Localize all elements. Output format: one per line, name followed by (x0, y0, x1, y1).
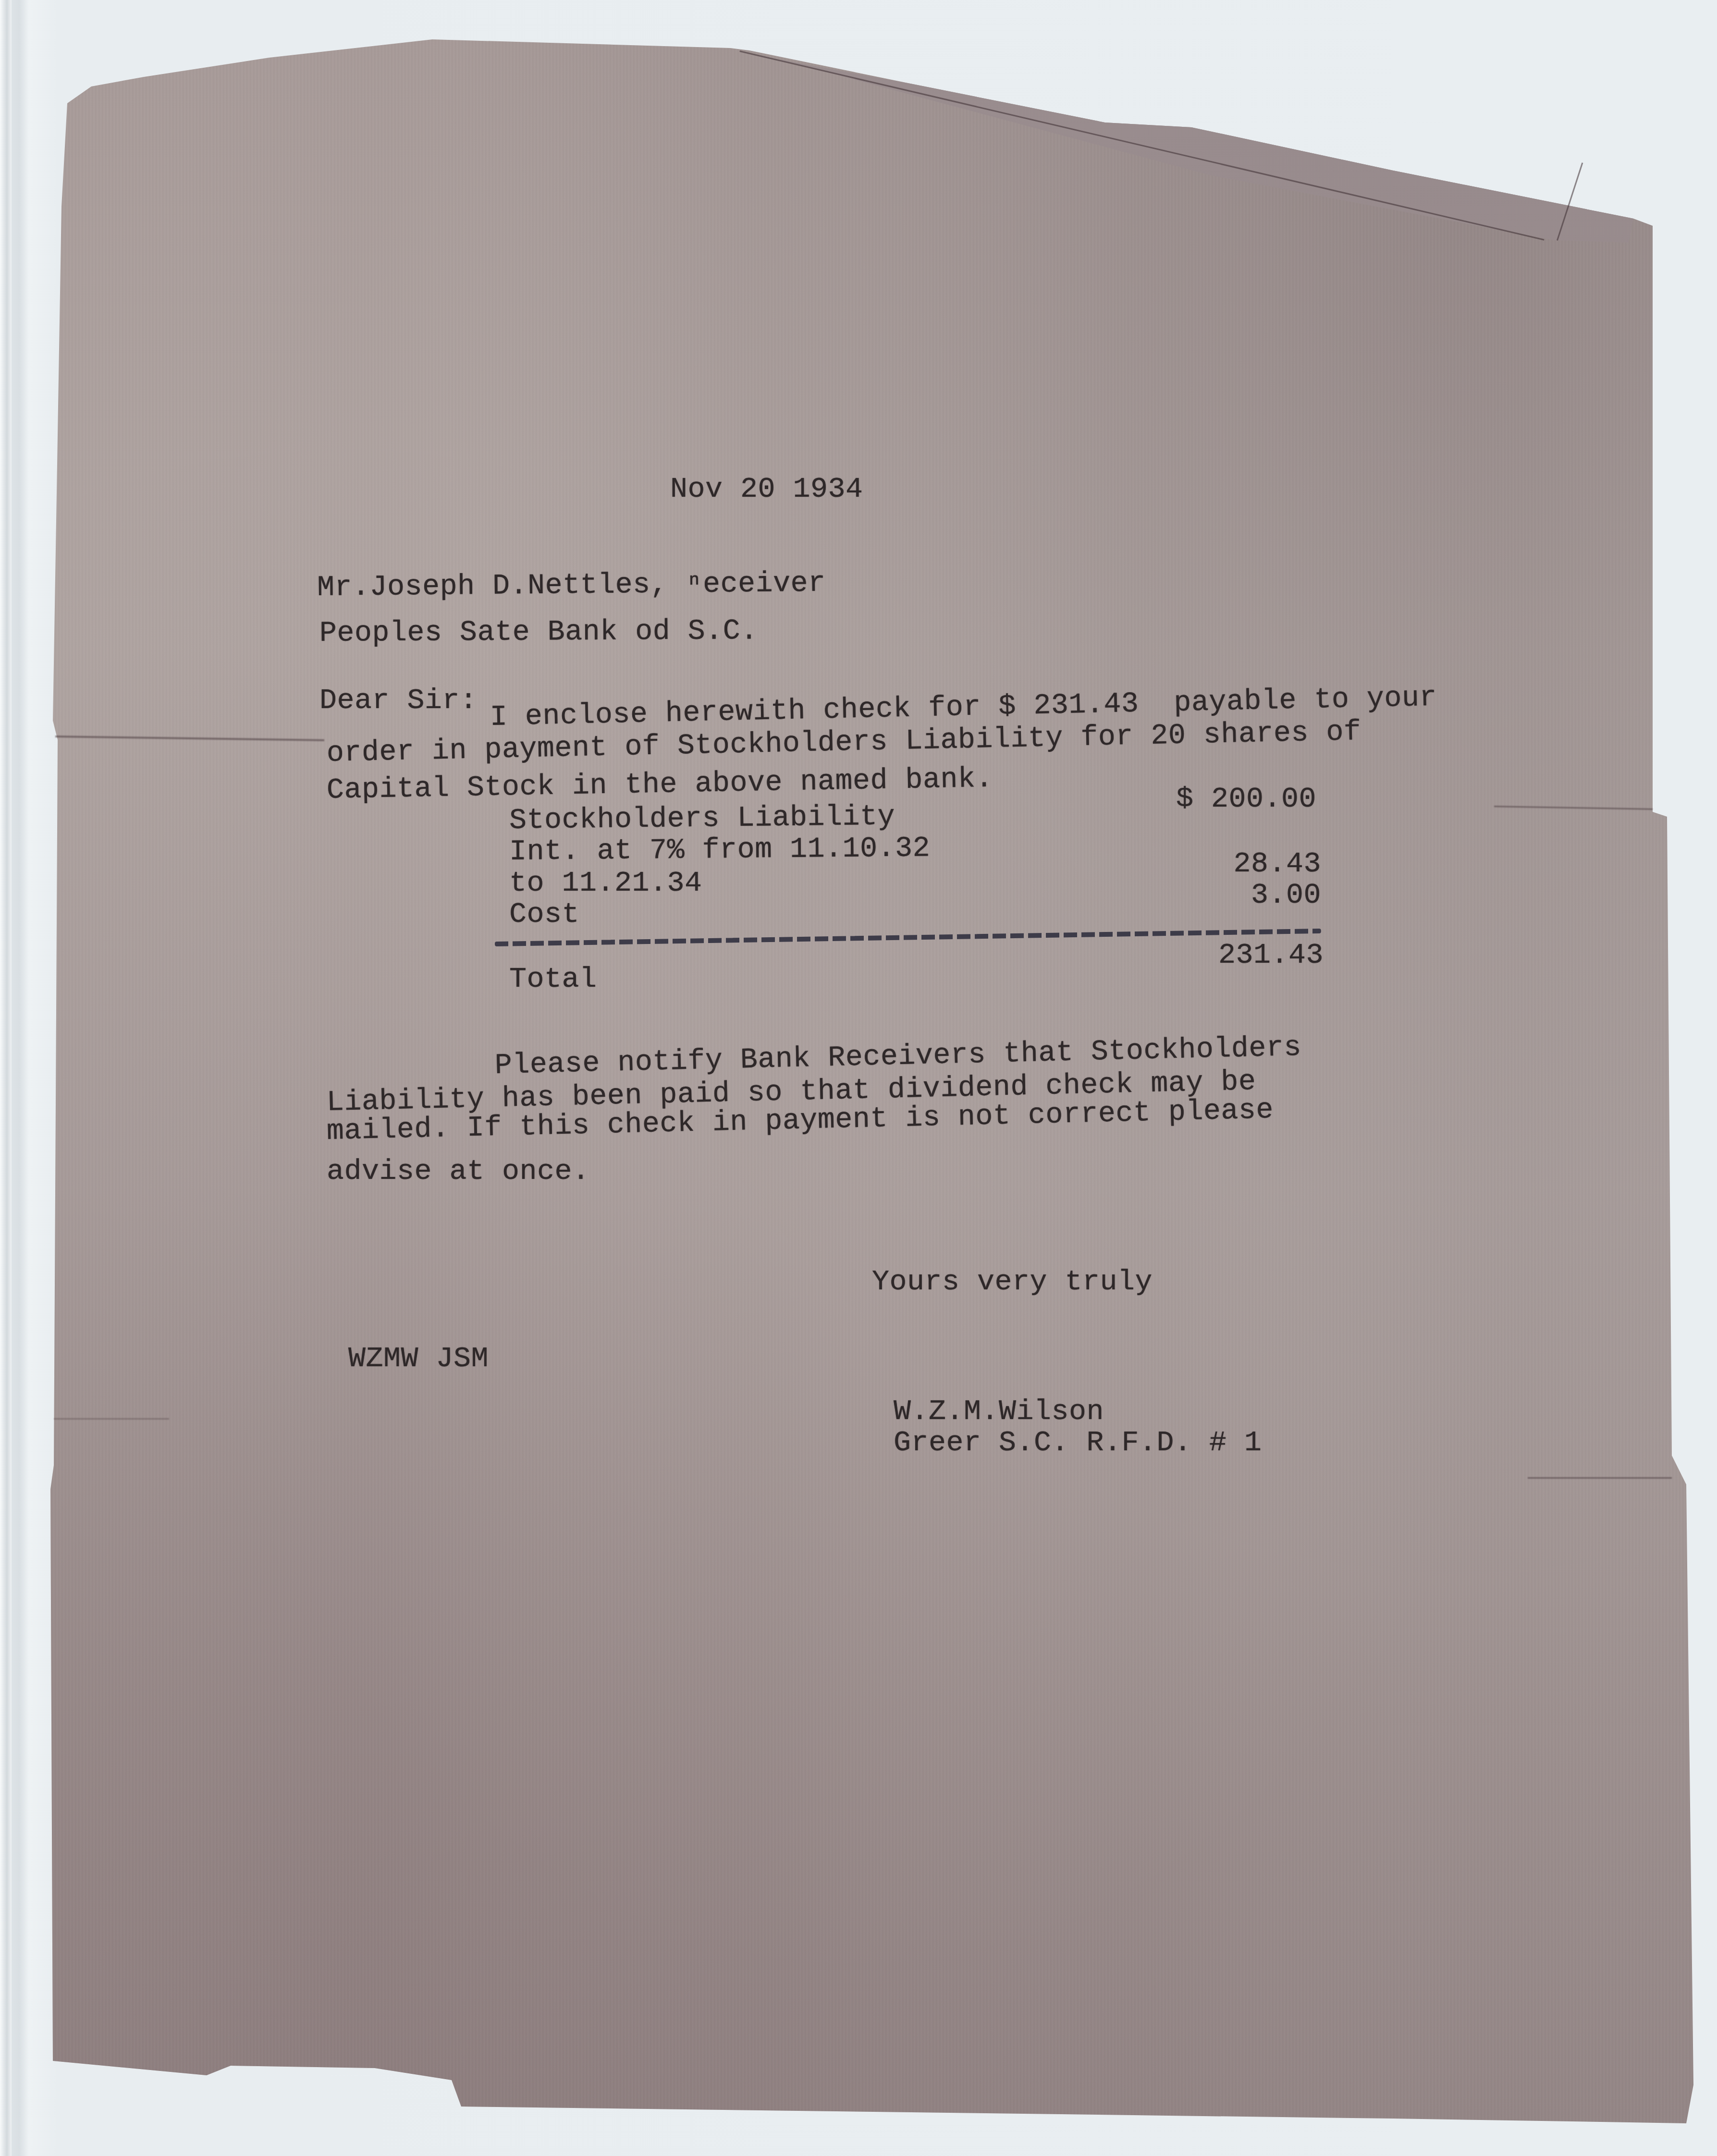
fold-tear-right-lower (1528, 1477, 1672, 1479)
salutation: Dear Sir: (319, 685, 478, 717)
background-mat-edge (0, 0, 12, 2156)
reference-initials: WZMW JSM (348, 1343, 489, 1375)
ledger-item-amount: $ 200.00 (1076, 783, 1316, 816)
body-line: advise at once. (327, 1155, 590, 1188)
ledger-item-amount: 3.00 (1076, 879, 1321, 912)
fold-crease-left-lower (54, 1418, 169, 1420)
recipient-name: Mr.Joseph D.Nettles, ⁿeceiver (317, 567, 826, 604)
ledger-total-amount: 231.43 (1076, 939, 1324, 972)
ledger-item-amount: 28.43 (1076, 848, 1321, 881)
letter-date: Nov 20 1934 (670, 473, 863, 506)
signature-address: Greer S.C. R.F.D. # 1 (894, 1427, 1262, 1459)
ledger-item-label: Int. at 7% from 11.10.32 (509, 832, 931, 869)
signature-name: W.Z.M.Wilson (894, 1396, 1104, 1428)
ledger-item-label: Cost (509, 898, 579, 931)
ledger-total-label: Total (509, 963, 597, 996)
closing: Yours very truly (872, 1266, 1153, 1298)
ledger-item-label: to 11.21.34 (509, 867, 702, 900)
recipient-institution: Peoples Sate Bank od S.C. (319, 615, 758, 650)
ledger-item-label: Stockholders Liability (509, 801, 895, 837)
